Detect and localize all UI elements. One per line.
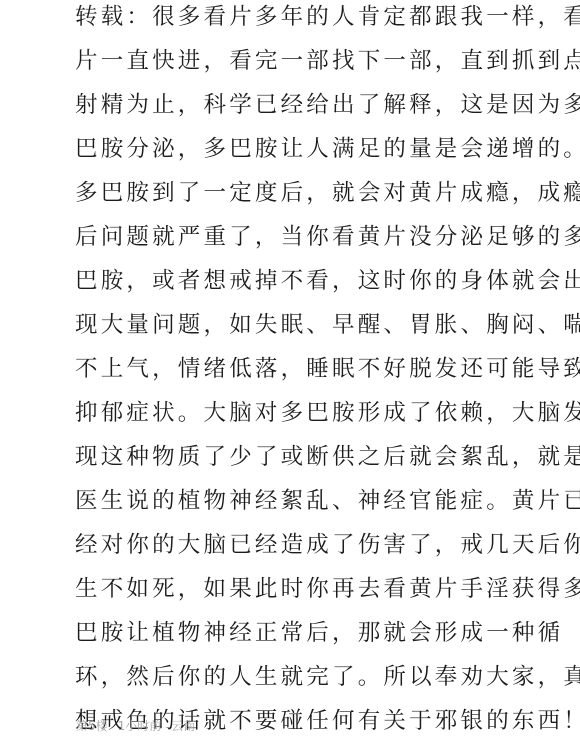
post-time: 1小时前 xyxy=(118,718,162,734)
post-text-line: 射精为止，科学已经给出了解释，这是因为多 xyxy=(75,90,515,134)
post-content: 转载：很多看片多年的人肯定都跟我一样，看黄 片一直快进，看完一部找下一部，直到抓… xyxy=(75,2,515,745)
post-text-line: 巴胺，或者想戒掉不看，这时你的身体就会出 xyxy=(75,266,515,310)
post-location: 云南 xyxy=(171,718,195,734)
post-text-line: 巴胺分泌，多巴胺让人满足的量是会递增的。 xyxy=(75,134,515,178)
post-text-line: 环，然后你的人生就完了。所以奉劝大家，真 xyxy=(75,662,515,706)
post-text-line: 片一直快进，看完一部找下一部，直到抓到点 xyxy=(75,46,515,90)
post-text-line: 抑郁症状。大脑对多巴胺形成了依赖，大脑发 xyxy=(75,398,515,442)
post-text-line: 不上气，情绪低落，睡眠不好脱发还可能导致 xyxy=(75,354,515,398)
post-meta: 第5楼 1小时前 云南 xyxy=(76,718,195,734)
post-text-line: 生不如死，如果此时你再去看黄片手淫获得多 xyxy=(75,574,515,618)
forum-reply-post: 转载：很多看片多年的人肯定都跟我一样，看黄 片一直快进，看完一部找下一部，直到抓… xyxy=(0,0,580,745)
post-text-line: 现这种物质了少了或断供之后就会絮乱，就是 xyxy=(75,442,515,486)
post-text-line: 医生说的植物神经絮乱、神经官能症。黄片已 xyxy=(75,486,515,530)
post-text-line: 后问题就严重了，当你看黄片没分泌足够的多 xyxy=(75,222,515,266)
post-text-line: 现大量问题，如失眠、早醒、胃胀、胸闷、喘 xyxy=(75,310,515,354)
post-text-line: 转载：很多看片多年的人肯定都跟我一样，看黄 xyxy=(75,2,515,46)
floor-number: 第5楼 xyxy=(76,718,108,734)
post-text-line: 巴胺让植物神经正常后，那就会形成一种循 xyxy=(75,618,515,662)
post-text-line: 多巴胺到了一定度后，就会对黄片成瘾，成瘾 xyxy=(75,178,515,222)
post-text-line: 经对你的大脑已经造成了伤害了，戒几天后你 xyxy=(75,530,515,574)
